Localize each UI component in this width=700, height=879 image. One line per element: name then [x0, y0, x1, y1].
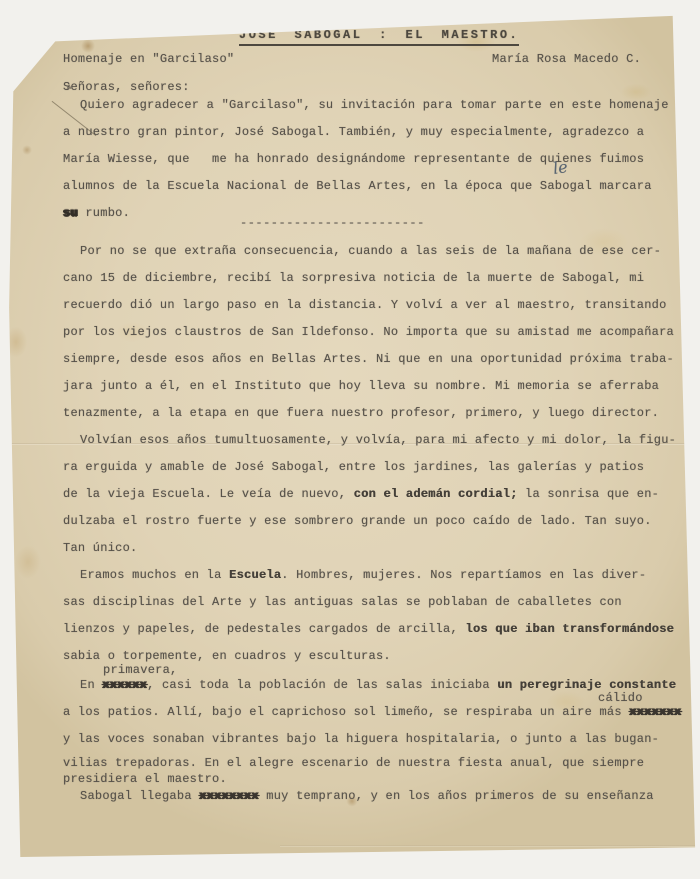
typed-line: por los viejos claustros de San Ildefons…	[63, 324, 674, 340]
struck-out-word: xxxxxxxx	[199, 789, 259, 803]
struck-out-word: xxxxxxx	[629, 705, 681, 719]
typed-line: siempre, desde esos años en Bellas Artes…	[63, 351, 674, 367]
overtyped-bold-text: los que iban transformándose	[465, 622, 674, 636]
document-title: JOSE SABOGAL : EL MAESTRO.	[239, 27, 519, 46]
dashed-separator: ------------------------	[240, 215, 425, 231]
author-name: María Rosa Macedo C.	[492, 51, 641, 67]
typed-line: recuerdo dió un largo paso en la distanc…	[63, 297, 667, 313]
typed-line: vilias trepadoras. En el alegre escenari…	[63, 755, 644, 771]
typed-line: a nuestro gran pintor, José Sabogal. Tam…	[63, 124, 644, 140]
typed-text: de la vieja Escuela. Le veía de nuevo,	[63, 487, 354, 501]
typed-line: dulzaba el rostro fuerte y ese sombrero …	[63, 513, 652, 529]
typed-line-with-strikeout: Sabogal llegaba xxxxxxxx muy temprano, y…	[80, 788, 654, 804]
typed-line: alumnos de la Escuela Nacional de Bellas…	[63, 178, 652, 194]
typed-text: En	[80, 678, 102, 692]
typed-line-with-strikeout: a los patios. Allí, bajo el caprichoso s…	[63, 704, 681, 720]
typed-text: . Hombres, mujeres. Nos repartíamos en l…	[281, 568, 646, 582]
typed-text: rumbo.	[78, 206, 130, 220]
typed-text: a los patios. Allí, bajo el caprichoso s…	[63, 705, 629, 719]
typed-line: ra erguida y amable de José Sabogal, ent…	[63, 459, 644, 475]
handwritten-insertion: le	[552, 157, 569, 178]
subtitle-left: Homenaje en "Garcilaso"	[63, 51, 234, 67]
typed-line: jara junto a él, en el Instituto que hoy…	[63, 378, 659, 394]
overtyped-bold-text: Escuela	[229, 568, 281, 582]
fold-crease-bottom	[280, 845, 696, 847]
typed-line-with-strikeout: En xxxxxx, casi toda la población de las…	[80, 677, 676, 693]
typed-correction-above: primavera,	[103, 662, 178, 678]
scanned-typed-page: { "page": { "background_color": "#f2f1ed…	[0, 0, 700, 879]
typed-text: lienzos y papeles, de pedestales cargado…	[63, 622, 465, 636]
typed-line: sas disciplinas del Arte y las antiguas …	[63, 594, 622, 610]
typed-text: , casi toda la población de las salas in…	[147, 678, 497, 692]
typed-line: y las voces sonaban vibrantes bajo la hi…	[63, 731, 659, 747]
typed-line: tenazmente, a la etapa en que fuera nues…	[63, 405, 659, 421]
typed-text: Eramos muchos en la	[80, 568, 229, 582]
typed-line: cano 15 de diciembre, recibí la sorpresi…	[63, 270, 644, 286]
overstruck-word: su	[63, 206, 78, 220]
typed-line: Señoras, señores:	[63, 79, 190, 95]
typed-line: presidiera el maestro.	[63, 771, 227, 787]
typed-line: Tan único.	[63, 540, 138, 556]
typed-text: la sonrisa que en-	[518, 487, 660, 501]
typed-line-with-bold: Eramos muchos en la Escuela. Hombres, mu…	[80, 567, 646, 583]
paper-sheet: ^ JOSE SABOGAL : EL MAESTRO. Homenaje en…	[0, 0, 700, 879]
overtyped-bold-text: con el ademán cordial;	[354, 487, 518, 501]
struck-out-word: xxxxxx	[102, 678, 147, 692]
typed-text: Sabogal llegaba	[80, 789, 199, 803]
typed-line: Quiero agradecer a "Garcilaso", su invit…	[80, 97, 669, 113]
typed-line-with-bold: lienzos y papeles, de pedestales cargado…	[63, 621, 674, 637]
typed-line: Volvían esos años tumultuosamente, y vol…	[80, 432, 676, 448]
typed-line: Por no se que extraña consecuencia, cuan…	[80, 243, 661, 259]
typed-text: muy temprano, y en los años primeros de …	[259, 789, 654, 803]
typed-line-overstruck: su rumbo.	[63, 205, 130, 221]
typed-line-with-bold: de la vieja Escuela. Le veía de nuevo, c…	[63, 486, 659, 502]
overtyped-bold-text: un peregrinaje constante	[497, 678, 676, 692]
